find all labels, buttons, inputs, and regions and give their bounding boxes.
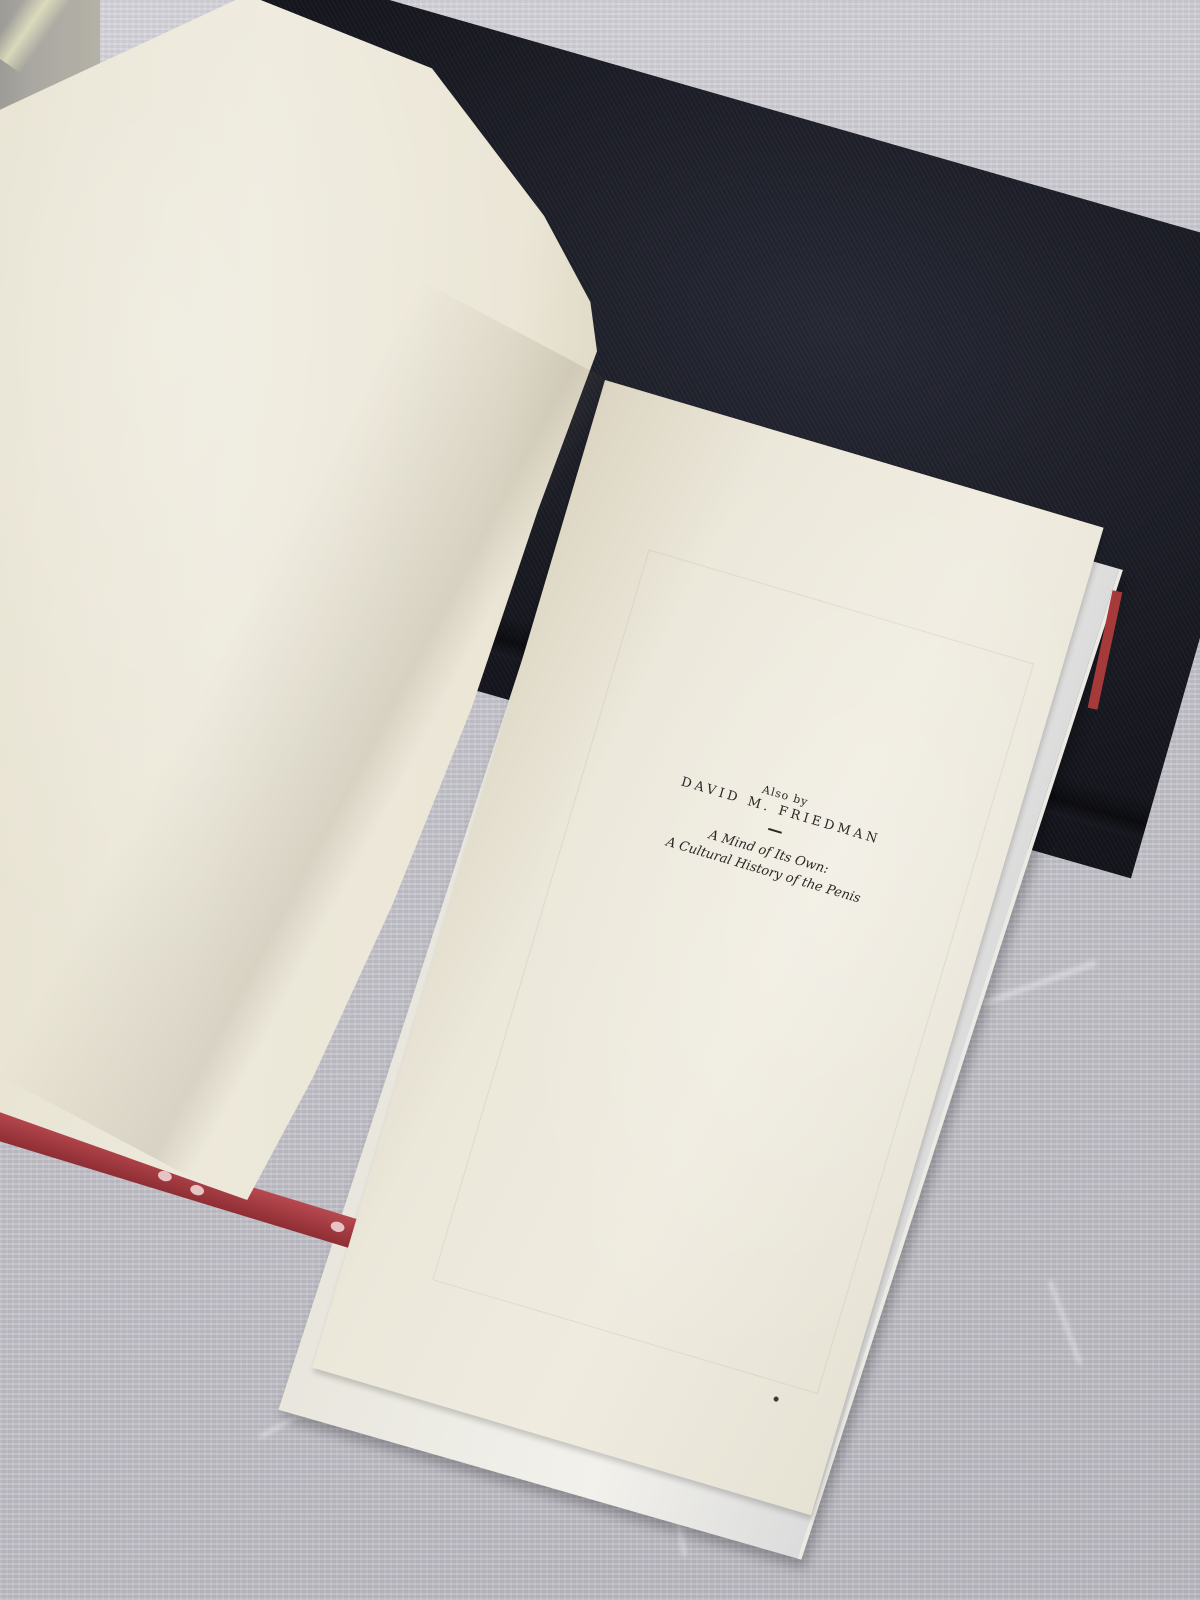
also-by-block: Also by DAVID M. FRIEDMAN A Mind of Its … [569,733,979,937]
book-photo: Also by DAVID M. FRIEDMAN A Mind of Its … [0,0,1200,1600]
paper-speck [773,1396,779,1402]
separator-dash [768,828,782,834]
worn-spot [189,1183,205,1197]
worn-spot [329,1220,345,1234]
